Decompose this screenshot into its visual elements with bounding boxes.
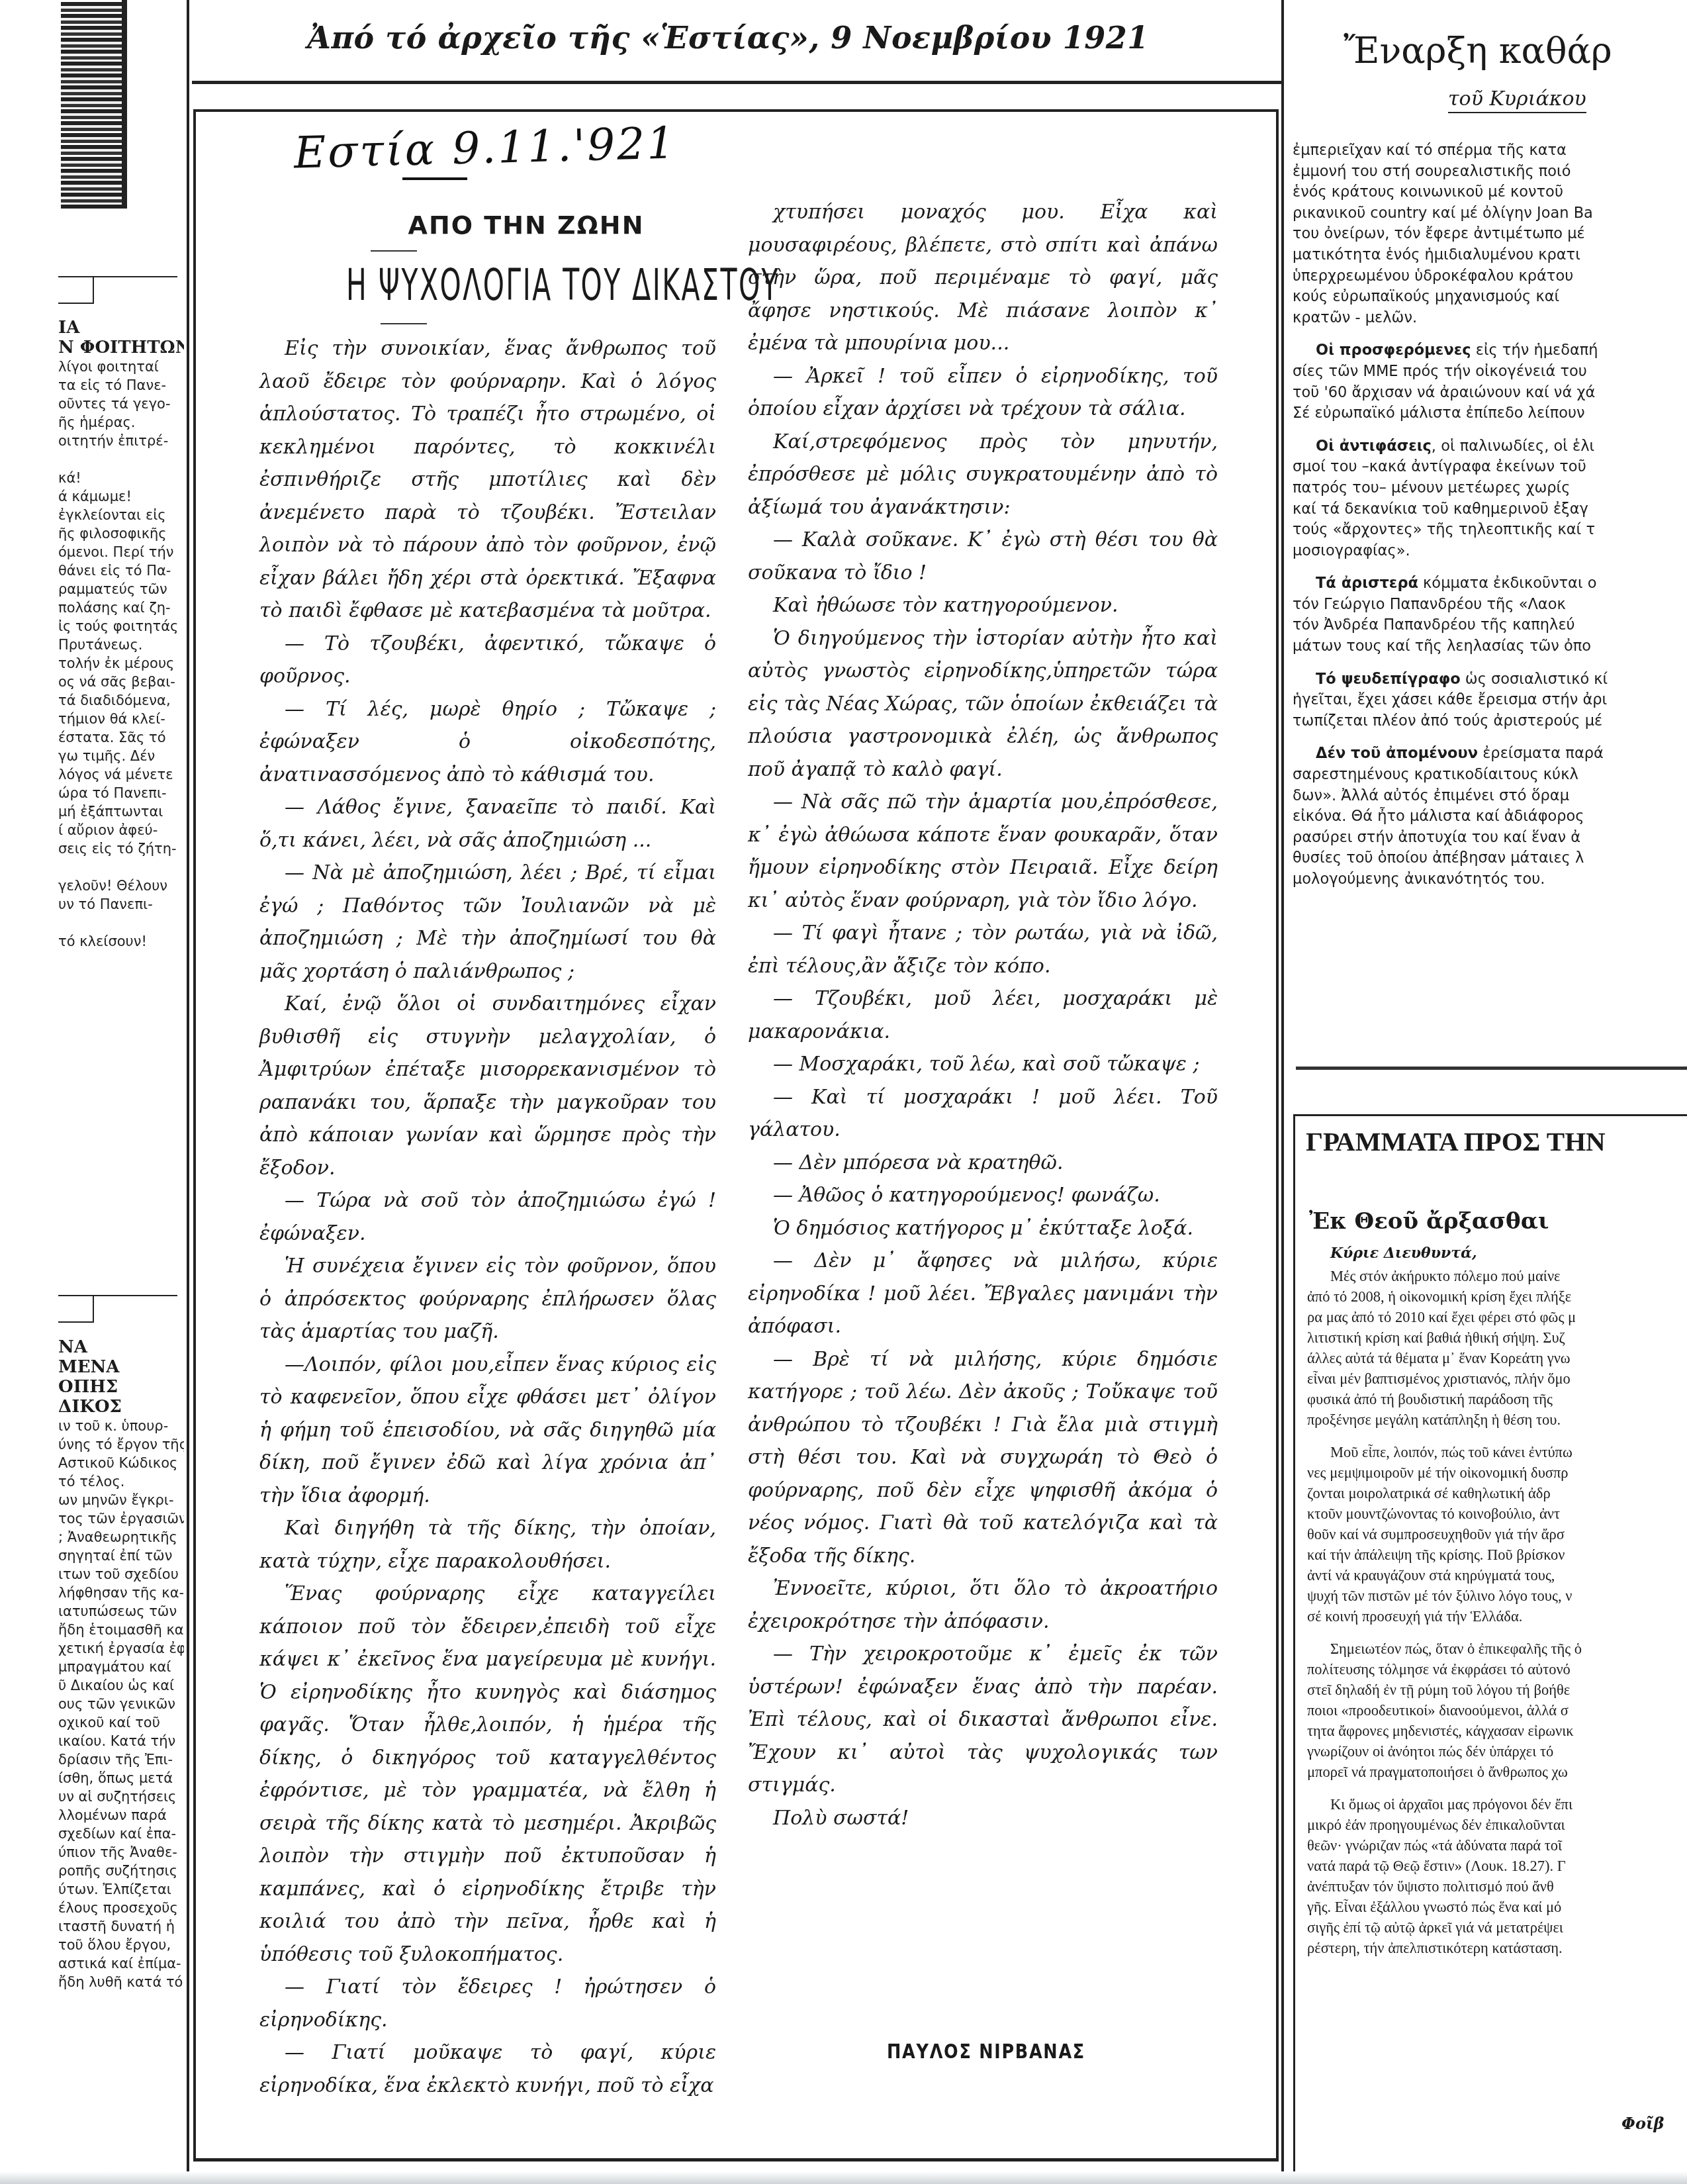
left-body-line: δρίασιν τῆς Ἐπι- [58,1750,184,1769]
text-line: πατρός του– μένουν μετέωρες χωρίς [1293,478,1687,499]
paragraph-gap [1293,424,1687,436]
text-line: ψυχή τῶν πιστῶν μέ τόν ξύλινο λόγο τους,… [1307,1586,1687,1606]
article-column-1: Εἰς τὴν συνοικίαν, ἕνας ἄνθρωπος τοῦ λαο… [259,332,716,2102]
line-text: σίες τῶν ΜΜΕ πρός τήν οἰκογένειά του [1293,363,1587,380]
text-line: ὑπερχρεωμένου ὑδροκέφαλου κράτου [1293,266,1687,287]
left-body-line: έστατα. Σᾶς τό [58,728,184,747]
left-body-line: τήμιον θά κλεί- [58,710,184,728]
line-text: φυσικά ἀπό τή βουδιστική παράδοση τῆς [1307,1391,1553,1407]
text-line: σαρεστημένους κρατικοδίαιτους κύκλ [1293,765,1687,786]
archive-title: Ἀπό τό ἀρχεῖο τῆς «Ἑστίας», 9 Νοεμβρίου … [199,20,1257,56]
text-line: ματικότητα ἑνός ἡμιδιαλυμένου κρατι [1293,245,1687,266]
left-body-line: ιταστῆ δυνατή ἡ [58,1917,184,1936]
left-section-heading: ΝΑΜΕΝΑΟΠΗΣΔΙΚΟΣ [58,1337,184,1417]
text-line: Τό ψευδεπίγραφο ὡς σοσιαλιστικό κί [1293,669,1687,690]
left-body-line: μή ἐξάπτωνται [58,802,184,821]
article-column-2: χτυπήσει μοναχός μου. Εἶχα καὶ μουσαφιρέ… [748,196,1218,1834]
left-neighbor-column: ΙΑΝ ΦΟΙΤΗΤΩΝ λίγοι φοιτηταίτα εἰς τό Παν… [0,0,189,2184]
paragraph-gap [1307,1782,1687,1794]
left-body-line: ώρα τό Πανεπι- [58,784,184,802]
left-section-civil-code: ΝΑΜΕΝΑΟΠΗΣΔΙΚΟΣ ιν τοῦ κ. ὑπουρ-ύνης τό … [58,1337,184,2184]
left-body-line: ; Ἀναθεωρητικῆς [58,1528,184,1546]
article-kicker: ΑΠΟ ΤΗΝ ΖΩΗΝ [351,211,702,240]
paragraph-gap [1307,1627,1687,1638]
text-line: Κι ὅμως οἱ ἀρχαῖοι μας πρόγονοι δέν ἔπι [1307,1794,1687,1815]
text-line: προξένησε μεγάλη κατάπληξη ἡ θέση του. [1307,1409,1687,1430]
left-body-line: ύτων. Ἐλπίζεται [58,1880,184,1899]
left-body-line: υν τό Πανεπι- [58,895,184,914]
handwritten-underline [402,177,467,180]
left-body-line: ίσθη, ὅπως μετά [58,1769,184,1787]
line-text: δων». Ἀλλά αὐτός ἐπιμένει στό ὅραμ [1293,787,1569,804]
line-text: Σημειωτέον πώς, ὅταν ὁ ἐπικεφαλῆς τῆς ὁ [1330,1640,1582,1657]
article-paragraph: Καί,στρεφόμενος πρὸς τὸν μηνυτήν, ἐπρόσθ… [748,426,1218,524]
text-line: στεῖ δηλαδή ἐν τῇ ρύμη τοῦ λόγου τή βοήθ… [1307,1680,1687,1700]
article-paragraph: — Ἀρκεῖ ! τοῦ εἶπεν ὁ εἰρηνοδίκης, τοῦ ὁ… [748,360,1218,426]
left-body-line: λίγοι φοιτηταί [58,357,184,376]
article-paragraph: — Τί φαγὶ ἦτανε ; τὸν ρωτάω, γιὰ νὰ ἰδῶ,… [748,917,1218,982]
left-body-line: τα εἰς τό Πανε- [58,376,184,395]
section-box-corner [58,1296,94,1323]
article-paragraph: Ὁ διηγούμενος τὴν ἱστορίαν αὐτὴν ἦτο καὶ… [748,622,1218,786]
line-text: μοσιογραφίας». [1293,542,1410,559]
left-body-line: τό τέλος. [58,1472,184,1491]
left-body-line: γελοῦν! Θέλουν [58,877,184,895]
article-paragraph: — Λάθος ἔγινε, ξαναεῖπε τὸ παιδί. Καὶ ὅ,… [259,791,716,857]
right-article-body: ἐμπεριεῖχαν καί τό σπέρμα τῆς καταἐμμονή… [1293,132,1687,890]
text-line: ρέστερη, τήν ἀπελπιστικότερη κατάσταση. [1307,1938,1687,1958]
left-body-line: ιτων τοῦ σχεδίου [58,1565,184,1584]
text-line: Μές στόν ἀκήρυκτο πόλεμο πού μαίνε [1307,1266,1687,1286]
article-paragraph: Ἐννοεῖτε, κύριοι, ὅτι ὅλο τὸ ἀκροατήριο … [748,1572,1218,1638]
text-line: σμοί του –κακά ἀντίγραφα ἐκείνων τοῦ [1293,457,1687,478]
left-body-line: ἰς τούς φοιτητάς [58,617,184,636]
left-body-line: ῆς φιλοσοφικῆς [58,524,184,543]
section-rule [1296,1067,1687,1070]
line-text: καί τήν ἀπάλειψη τῆς κρίσης. Ποῦ βρίσκον [1307,1546,1565,1563]
bold-lead: Τό ψευδεπίγραφο [1316,671,1461,688]
text-line: θοῦν καί νά συμπροσευχηθοῦν γιά τήν ἄρσ [1307,1524,1687,1544]
line-text: Μοῦ εἶπε, λοιπόν, πώς τοῦ κάνει ἐντύπω [1330,1444,1573,1460]
line-text: Μές στόν ἀκήρυκτο πόλεμο πού μαίνε [1330,1268,1561,1284]
line-text: τόν Γεώργιο Παπανδρέου τῆς «Λαοκ [1293,596,1566,613]
article-paragraph: Ὁ δημόσιος κατήγορος μ᾽ ἐκύτταξε λοξά. [748,1212,1218,1245]
text-line: εἶναι μέν βαπτισμένος χριστιανός, πλήν ὅ… [1307,1368,1687,1389]
left-body-line: ραμματεύς τῶν [58,580,184,598]
line-text: κτοῦν μουντζώνοντας τό κοινοβούλιο, ἀντ [1307,1505,1560,1522]
left-body-line: έλους προσεχοῦς [58,1899,184,1917]
left-body-line: ιατυπώσεως τῶν [58,1602,184,1621]
left-body-line: τος τῶν ἐργασιῶν [58,1509,184,1528]
text-line: ἐμπεριεῖχαν καί τό σπέρμα τῆς κατα [1293,140,1687,162]
article-paragraph: — Νὰ μὲ ἀποζημιώση, λέει ; Βρέ, τί εἶμαι… [259,857,716,988]
line-text: πολίτευσης τόλμησε νά ἐκφράσει τό αὐτονό [1307,1661,1571,1678]
text-line: γνωρίζουν οἱ ἀνόητοι πώς δέν ὑπάρχει τό [1307,1741,1687,1762]
article-paragraph: — Τὴν χειροκροτοῦμε κ᾽ ἐμεῖς ἐκ τῶν ὑστέ… [748,1638,1218,1802]
text-line: Τά ἀριστερά κόμματα ἐκδικοῦνται ο [1293,573,1687,594]
article-paragraph: — Δὲν μπόρεσα νὰ κρατηθῶ. [748,1147,1218,1180]
text-line: γῆς. Εἶναι ἐξάλλου γνωστό πώς ἕνα καί μό [1307,1897,1687,1917]
left-body-line: ων μηνῶν ἔγκρι- [58,1491,184,1509]
line-text: του ὀνείρων, τόν ἔφερε ἀντιμέτωπο μέ [1293,225,1585,242]
left-body-line: Αστικοῦ Κώδικος [58,1454,184,1472]
text-line: Μοῦ εἶπε, λοιπόν, πώς τοῦ κάνει ἐντύπω [1307,1442,1687,1462]
article-paragraph: — Βρὲ τί νὰ μιλήσης, κύριε δημόσιε κατήγ… [748,1343,1218,1573]
line-text: ψυχή τῶν πιστῶν μέ τόν ξύλινο λόγο τους,… [1307,1588,1572,1604]
left-body-line: τολήν ἐκ μέρους [58,654,184,673]
left-body-line: πολάσης καί ζη- [58,598,184,617]
line-text: θυσίες τοῦ ὁποίου ἀπέβησαν μάταιες λ [1293,849,1584,867]
left-body-line: ά κάμωμε! [58,487,184,506]
bold-lead: Τά ἀριστερά [1316,575,1418,592]
column-divider [187,0,189,2184]
article-paragraph: Ἕνας φούρναρης εἶχε καταγγείλει κάποιον … [259,1578,716,1971]
line-text: θοῦν καί νά συμπροσευχηθοῦν γιά τήν ἄρσ [1307,1526,1565,1543]
left-body-line: οῦντες τά γεγο- [58,395,184,413]
left-body-line: ἤδη ἑτοιμασθῆ καί [58,1621,184,1639]
line-text: ρέστερη, τήν ἀπελπιστικότερη κατάσταση. [1307,1940,1563,1956]
line-text: μικρό ἐάν προηγουμένως δέν ἐπικαλοῦνται [1307,1817,1565,1833]
line-text: νες μεμψιμοιροῦν μέ τήν οἰκονομική δυσπρ [1307,1464,1569,1481]
article-paragraph: — Τὸ τζουβέκι, ἀφεντικό, τὤκαψε ὁ φοῦρνο… [259,628,716,693]
line-text: ρα μας ἀπό τό 2010 καί ἔχει φέρει στό φῶ… [1307,1309,1576,1325]
line-text: ἀπό τό 2008, ἡ οἰκονομική κρίση ἔχει πλή… [1307,1288,1571,1305]
left-body-line [58,858,184,877]
line-text: εἰκόνα. Θά ἦτο μάλιστα καί ἀδιάφορος [1293,808,1584,825]
line-text: νατά παρά τῷ Θεῷ ἔστιν» (Λουκ. 18.27). Γ [1307,1858,1566,1874]
line-text: προξένησε μεγάλη κατάπληξη ἡ θέση του. [1307,1411,1561,1428]
left-body-line: ος νά σᾶς βεβαι- [58,673,184,691]
article-paragraph: — Καὶ τί μοσχαράκι ! μοῦ λέει. Τοῦ γάλατ… [748,1081,1218,1147]
engraving-illustration [61,0,127,209]
line-text: κούς εὐρωπαϊκούς μηχανισμούς καί [1293,288,1559,305]
line-text: τωπίζεται πλέον ἀπό τούς ἀριστερούς μέ [1293,712,1602,730]
article-paragraph: χτυπήσει μοναχός μου. Εἶχα καὶ μουσαφιρέ… [748,196,1218,360]
letter-title: Ἐκ Θεοῦ ἄρξασθαι [1309,1208,1549,1235]
text-line: θυσίες τοῦ ὁποίου ἀπέβησαν μάταιες λ [1293,848,1687,869]
line-text: ἀνέπτυξαν τόν ὕψιστο πολιτισμό πού ἄνθ [1307,1878,1554,1895]
article-paragraph: Εἰς τὴν συνοικίαν, ἕνας ἄνθρωπος τοῦ λαο… [259,332,716,628]
paragraph-gap [1293,657,1687,669]
article-paragraph: — Γιατί μοῦκαψε τὸ φαγί, κύριε εἰρηνοδίκ… [259,2036,716,2102]
text-line: μοσιογραφίας». [1293,541,1687,562]
line-text: κρατῶν - μελῶν. [1293,309,1417,326]
text-line: τόν Γεώργιο Παπανδρέου τῆς «Λαοκ [1293,594,1687,616]
article-paragraph: — Δὲν μ᾽ ἄφησες νὰ μιλήσω, κύριε εἰρηνοδ… [748,1245,1218,1343]
line-text: ἐμπεριεῖχαν καί τό σπέρμα τῆς κατα [1293,142,1567,159]
article-paragraph: Καὶ διηγήθη τὰ τῆς δίκης, τὴν ὁποίαν, κα… [259,1512,716,1578]
text-line: μάτων τους καί τῆς λεηλασίας τῶν ὀπο [1293,636,1687,657]
text-line: του ὀνείρων, τόν ἔφερε ἀντιμέτωπο μέ [1293,224,1687,245]
right-article-author: τοῦ Κυριάκου [1448,87,1586,113]
article-paragraph: — Τζουβέκι, μοῦ λέει, μοσχαράκι μὲ μακαρ… [748,982,1218,1048]
left-body-line: ους τῶν γενικῶν [58,1695,184,1713]
text-line: τητα ἄφρονες μηδενιστές, κάγχασαν εἰρωνι… [1307,1721,1687,1741]
text-line: τούς «ἄρχοντες» τῆς τηλεοπτικῆς καί τ [1293,520,1687,541]
text-line: τόν Ἀνδρέα Παπανδρέου τῆς καπηλεύ [1293,615,1687,636]
line-text: ἑνός κράτους κοινωνικοῦ μέ κοντοῦ [1293,183,1563,201]
left-body-line: μπραγμάτου καί [58,1658,184,1676]
line-text: μπορεῖ νά πραγματοποιήσει ὁ ἄνθρωπος χω [1307,1764,1568,1780]
line-text: ἀντί νά κραυγάζουν στά κηρύγματά τους, [1307,1567,1555,1584]
left-section-heading: ΙΑΝ ΦΟΙΤΗΤΩΝ [58,318,184,357]
text-line: ἐμμονή του στή σουρεαλιστικῆς ποιό [1293,162,1687,183]
left-body-line: θάνει εἰς τό Πα- [58,561,184,580]
line-text: ματικότητα ἑνός ἡμιδιαλυμένου κρατι [1293,246,1580,263]
article-paragraph: — Τώρα νὰ σοῦ τὸν ἀποζημιώσω ἐγώ ! ἐφώνα… [259,1184,716,1250]
text-line: καί τά δεκανίκια τοῦ καθημερινοῦ ἐξαγ [1293,499,1687,520]
line-text: ὑπερχρεωμένου ὑδροκέφαλου κράτου [1293,267,1573,285]
left-body-line: ύνης τό ἔργον τῆς [58,1435,184,1454]
left-body-line: οχικοῦ καί τοῦ [58,1713,184,1732]
left-body-line: υν αἱ συζητήσεις [58,1787,184,1806]
left-section-body: ιν τοῦ κ. ὑπουρ-ύνης τό ἔργον τῆςΑστικοῦ… [58,1417,184,1991]
article-paragraph: — Ἀθῶος ὁ κατηγορούμενος! φωνάζω. [748,1179,1218,1212]
article-paragraph: Ἡ συνέχεια ἔγινεν εἰς τὸν φοῦρνον, ὅπου … [259,1250,716,1349]
left-body-line: τό κλείσουν! [58,932,184,951]
left-body-line: Πρυτάνεως. [58,636,184,654]
text-line: φυσικά ἀπό τή βουδιστική παράδοση τῆς [1307,1389,1687,1409]
text-line: καί τήν ἀπάλειψη τῆς κρίσης. Ποῦ βρίσκον [1307,1544,1687,1565]
bold-lead: Οἱ προσφερόμενες [1316,342,1471,359]
left-body-line: ικαίου. Κατά τήν [58,1732,184,1750]
line-text: καί τά δεκανίκια τοῦ καθημερινοῦ ἐξαγ [1293,500,1588,518]
article-headline: Η ΨΥΧΟΛΟΓΙΑ ΤΟΥ ΔΙΚΑΣΤΟΥ [346,260,629,310]
line-text: γνωρίζουν οἱ ἀνόητοι πώς δέν ὑπάρχει τό [1307,1743,1553,1760]
text-line: δων». Ἀλλά αὐτός ἐπιμένει στό ὅραμ [1293,786,1687,807]
line-text: ζονται μοιρολατρικά σέ καθηλωτική ἀδρ [1307,1485,1551,1501]
text-line: τοῦ '60 ἄρχισαν νά ἀραιώνουν καί νά χά [1293,383,1687,404]
text-line: νες μεμψιμοιροῦν μέ τήν οἰκονομική δυσπρ [1307,1462,1687,1483]
left-body-line: ροπῆς συζήτησις [58,1862,184,1880]
line-text: τόν Ἀνδρέα Παπανδρέου τῆς καπηλεύ [1293,616,1575,634]
text-line: άλλες αὐτά τά θέματα μ᾽ ἕναν Κορεάτη γνω [1307,1348,1687,1368]
letter-body-clip: Μές στόν ἀκήρυκτο πόλεμο πού μαίνεἀπό τό… [1307,1266,1687,2113]
line-text: τητα ἄφρονες μηδενιστές, κάγχασαν εἰρωνι… [1307,1723,1574,1739]
left-body-line: χετική ἐργασία ἐφ᾽ [58,1639,184,1658]
left-section-body: λίγοι φοιτηταίτα εἰς τό Πανε-οῦντες τά γ… [58,357,184,951]
paragraph-gap [1293,732,1687,743]
text-line: πολίτευσης τόλμησε νά ἐκφράσει τό αὐτονό [1307,1659,1687,1680]
left-heading-line: ΜΕΝΑ [58,1357,184,1377]
article-paragraph: — Νὰ σᾶς πῶ τὴν ἁμαρτία μου,ἐπρόσθεσε, κ… [748,786,1218,917]
line-text: εἶναι μέν βαπτισμένος χριστιανός, πλήν ὅ… [1307,1370,1571,1387]
article-paragraph: — Καλὰ σοῦκανε. Κ᾽ ἐγὼ στὴ θέσι του θὰ σ… [748,524,1218,589]
line-text: ὡς σοσιαλιστικό κί [1461,671,1608,688]
line-text: άλλες αὐτά τά θέματα μ᾽ ἕναν Κορεάτη γνω [1307,1350,1571,1366]
line-text: σαρεστημένους κρατικοδίαιτους κύκλ [1293,766,1578,783]
article-paragraph: Καί, ἐνῷ ὅλοι οἱ συνδαιτημόνες εἶχαν βυθ… [259,988,716,1184]
line-text: Σέ εὐρωπαϊκό μάλιστα ἐπίπεδο λείπουν [1293,404,1585,422]
article-paragraph: — Γιατί τὸν ἔδειρες ! ἠρώτησεν ὁ εἰρηνοδ… [259,1971,716,2036]
left-body-line: όμενοι. Περί τήν [58,543,184,561]
section-box-corner [58,277,94,304]
line-text: πατρός του– μένουν μετέωρες χωρίς [1293,479,1570,497]
article-paragraph: — Τί λές, μωρὲ θηρίο ; Τὤκαψε ; ἐφώναξεν… [259,693,716,792]
left-body-line: ῦ Δικαίου ὡς καί [58,1676,184,1695]
left-section-students: ΙΑΝ ΦΟΙΤΗΤΩΝ λίγοι φοιτηταίτα εἰς τό Παν… [58,318,184,1178]
left-body-line: τά διαδιδόμενα, [58,691,184,710]
left-body-line: αστικά καί ἐπίμα- [58,1954,184,1973]
left-heading-line: ΝΑ [58,1337,184,1357]
left-heading-line: ΟΠΗΣ [58,1377,184,1397]
right-article-body-clip: ἐμπεριεῖχαν καί τό σπέρμα τῆς καταἐμμονή… [1293,132,1687,1059]
bold-lead: Οἱ ἀντιφάσεις [1316,438,1432,455]
text-line: μπορεῖ νά πραγματοποιήσει ὁ ἄνθρωπος χω [1307,1762,1687,1782]
left-body-line: σηγηταί ἐπί τῶν [58,1546,184,1565]
line-text: ρασύρει στήν ἀποτυχία του καί ἕναν ἀ [1293,829,1580,846]
line-text: κόμματα ἐκδικοῦνται ο [1418,575,1597,592]
text-line: ἑνός κράτους κοινωνικοῦ μέ κοντοῦ [1293,182,1687,203]
text-line: τωπίζεται πλέον ἀπό τούς ἀριστερούς μέ [1293,711,1687,732]
line-text: λιτιστική κρίση καί βαθιά ἠθική σήψη. Συ… [1307,1329,1565,1346]
line-text: θεῶν· γνώριζαν πώς «τά ἀδύνατα παρά τοῖ [1307,1837,1562,1854]
text-line: ἀπό τό 2008, ἡ οἰκονομική κρίση ἔχει πλή… [1307,1286,1687,1307]
line-text: Κι ὅμως οἱ ἀρχαῖοι μας πρόγονοι δέν ἔπι [1330,1796,1573,1813]
text-line: ἀνέπτυξαν τόν ὕψιστο πολιτισμό πού ἄνθ [1307,1876,1687,1897]
paragraph-gap [1307,1430,1687,1442]
text-line: μικρό ἐάν προηγουμένως δέν ἐπικαλοῦνται [1307,1815,1687,1835]
line-text: εἰς τήν ἡμεδαπή [1471,342,1598,359]
paragraph-gap [1293,561,1687,573]
article-paragraph: Πολὺ σωστά! [748,1802,1218,1835]
left-body-line: τοῦ ὅλου ἔργου, [58,1936,184,1954]
left-body-line: σχεδίων καί ἐπα- [58,1825,184,1843]
left-heading-line: ΔΙΚΟΣ [58,1397,184,1417]
text-line: Δέν τοῦ ἀπομένουν ἐρείσματα παρά [1293,743,1687,765]
line-text: τούς «ἄρχοντες» τῆς τηλεοπτικῆς καί τ [1293,521,1595,538]
text-line: σίες τῶν ΜΜΕ πρός τήν οἰκογένειά του [1293,361,1687,383]
left-body-line: ί αὔριον ἀφεύ- [58,821,184,839]
text-line: κούς εὐρωπαϊκούς μηχανισμούς καί [1293,287,1687,308]
line-text: σμοί του –κακά ἀντίγραφα ἐκείνων τοῦ [1293,458,1586,475]
line-text: μολογούμενης ἀνικανότητός του. [1293,871,1545,888]
left-body-line: γω τιμῆς. Δέν [58,747,184,765]
left-body-line: λήφθησαν τῆς κα- [58,1584,184,1602]
line-text: γῆς. Εἶναι ἐξάλλου γνωστό πώς ἕνα καί μό [1307,1899,1561,1915]
article-paragraph: —Λοιπόν, φίλοι μου,εἶπεν ἕνας κύριος εἰς… [259,1349,716,1513]
text-line: Οἱ ἀντιφάσεις, οἱ παλινωδίες, οἱ ἑλι [1293,436,1687,457]
line-text: ἡγεῖται, ἔχει χάσει κάθε ἔρεισμα στήν ἀρ… [1293,691,1607,708]
letter-body: Μές στόν ἀκήρυκτο πόλεμο πού μαίνεἀπό τό… [1307,1266,1687,1958]
left-body-line [58,450,184,469]
text-line: σέ κοινή προσευχή γιά τήν Ἑλλάδα. [1307,1606,1687,1627]
handwritten-date-note: Εστία 9.11.'921 [293,117,677,178]
text-line: μολογούμενης ἀνικανότητός του. [1293,869,1687,890]
line-text: ἐρείσματα παρά [1478,745,1604,762]
text-line: κρατῶν - μελῶν. [1293,308,1687,329]
left-heading-line: ΙΑ [58,318,184,338]
left-body-line: λόγος νά μένετε [58,765,184,784]
text-line: ζονται μοιρολατρικά σέ καθηλωτική ἀδρ [1307,1483,1687,1503]
left-body-line: ύπιον τῆς Ἀναθε- [58,1843,184,1862]
left-body-line: ῆς ἡμέρας. [58,413,184,432]
headline-rule [381,323,427,324]
text-line: εἰκόνα. Θά ἦτο μάλιστα καί ἀδιάφορος [1293,806,1687,828]
left-body-line: ἤδη λυθῆ κατά τό [58,1973,184,1991]
text-line: σιγῆς ἐπί τῷ αὐτῷ ἀρκεῖ γιά νά μετατρέψε… [1307,1917,1687,1938]
right-article-title: Ἔναρξη καθάρ [1344,30,1612,71]
header-rule [192,81,1284,84]
paragraph-gap [1293,328,1687,340]
line-text: σέ κοινή προσευχή γιά τήν Ἑλλάδα. [1307,1608,1522,1625]
text-line: ρικανικοῦ country καί μέ ὀλίγην Joan Ba [1293,203,1687,224]
letters-section-title: ΓΡΑΜΜΑΤΑ ΠΡΟΣ ΤΗΝ [1306,1125,1687,1157]
line-text: σιγῆς ἐπί τῷ αὐτῷ ἀρκεῖ γιά νά μετατρέψε… [1307,1919,1563,1936]
text-line: ἀντί νά κραυγάζουν στά κηρύγματά τους, [1307,1565,1687,1586]
scan-edge [0,2171,1687,2184]
bold-lead: Δέν τοῦ ἀπομένουν [1316,745,1478,762]
text-line: ποιοι «προοδευτικοί» διανοούμενοι, ἀλλά … [1307,1700,1687,1721]
letters-heading-clip: ΓΡΑΜΜΑΤΑ ΠΡΟΣ ΤΗΝ [1306,1125,1687,1165]
text-line: κτοῦν μουντζώνοντας τό κοινοβούλιο, ἀντ [1307,1503,1687,1524]
text-line: θεῶν· γνώριζαν πώς «τά ἀδύνατα παρά τοῖ [1307,1835,1687,1856]
text-line: ρα μας ἀπό τό 2010 καί ἔχει φέρει στό φῶ… [1307,1307,1687,1327]
line-text: τοῦ '60 ἄρχισαν νά ἀραιώνουν καί νά χά [1293,384,1595,401]
line-text: ποιοι «προοδευτικοί» διανοούμενοι, ἀλλά … [1307,1702,1569,1719]
left-body-line: σεις εἰς τό ζήτη- [58,839,184,858]
letter-salutation: Κύριε Διευθυντά, [1330,1245,1477,1262]
text-line: λιτιστική κρίση καί βαθιά ἠθική σήψη. Συ… [1307,1327,1687,1348]
kicker-rule [371,250,417,252]
text-line: ρασύρει στήν ἀποτυχία του καί ἕναν ἀ [1293,828,1687,849]
text-line: Οἱ προσφερόμενες εἰς τήν ἡμεδαπή [1293,340,1687,361]
article-paragraph: Καὶ ἠθώωσε τὸν κατηγορούμενον. [748,589,1218,622]
line-text: ἐμμονή του στή σουρεαλιστικῆς ποιό [1293,163,1571,180]
line-text: μάτων τους καί τῆς λεηλασίας τῶν ὀπο [1293,638,1591,655]
text-line: ἡγεῖται, ἔχει χάσει κάθε ἔρεισμα στήν ἀρ… [1293,690,1687,711]
letter-signature: Φοῖβ [1621,2114,1664,2133]
left-body-line: οιτητήν ἐπιτρέ- [58,432,184,450]
line-text: , οἱ παλινωδίες, οἱ ἑλι [1432,438,1594,455]
left-heading-line: Ν ΦΟΙΤΗΤΩΝ [58,338,184,357]
left-body-line [58,914,184,932]
text-line: Σημειωτέον πώς, ὅταν ὁ ἐπικεφαλῆς τῆς ὁ [1307,1638,1687,1659]
line-text: ρικανικοῦ country καί μέ ὀλίγην Joan Ba [1293,205,1593,222]
left-body-line: κά! [58,469,184,487]
text-line: νατά παρά τῷ Θεῷ ἔστιν» (Λουκ. 18.27). Γ [1307,1856,1687,1876]
text-line: Σέ εὐρωπαϊκό μάλιστα ἐπίπεδο λείπουν [1293,403,1687,424]
line-text: στεῖ δηλαδή ἐν τῇ ρύμη τοῦ λόγου τή βοήθ… [1307,1682,1570,1698]
article-byline: ΠΑΥΛΟΣ ΝΙΡΒΑΝΑΣ [887,2040,1085,2064]
article-paragraph: — Μοσχαράκι, τοῦ λέω, καὶ σοῦ τὤκαψε ; [748,1048,1218,1081]
left-body-line: ιν τοῦ κ. ὑπουρ- [58,1417,184,1435]
left-body-line: λλομένων παρά [58,1806,184,1825]
left-body-line: ἐγκλείονται εἰς [58,506,184,524]
